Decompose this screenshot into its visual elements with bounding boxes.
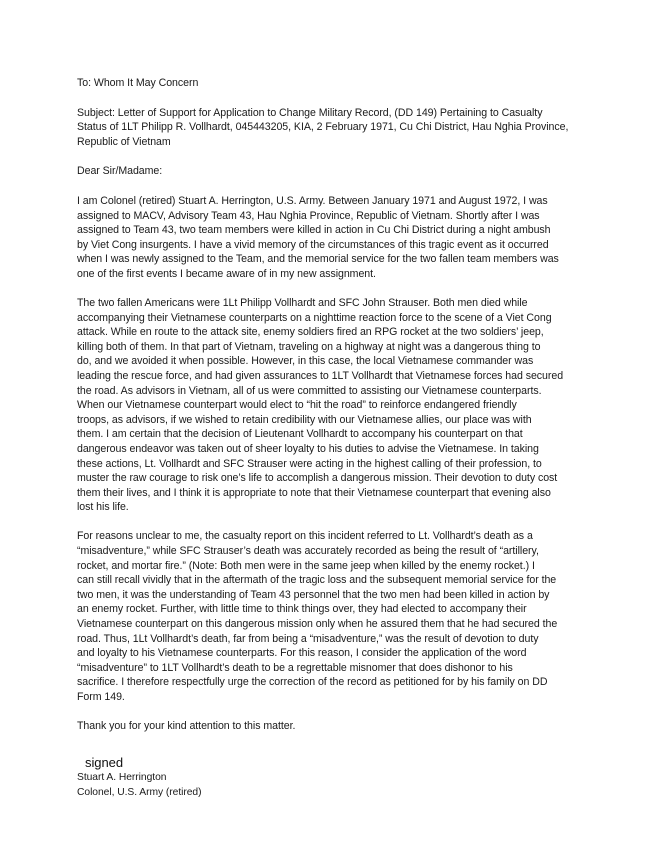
paragraph-line: and loyalty to his Vietnamese counterpar… [77,646,577,661]
paragraph-line: an enemy rocket. Further, with little ti… [77,602,577,617]
paragraph-line: The two fallen Americans were 1Lt Philip… [77,296,577,311]
paragraph-line: accompanying their Vietnamese counterpar… [77,311,577,326]
paragraph-line: attack. While en route to the attack sit… [77,325,577,340]
paragraph-line: leading the rescue force, and had given … [77,369,577,384]
paragraph-line: them their lives, and I think it is appr… [77,486,577,501]
paragraph-line: dangerous endeavor was taken out of shee… [77,442,577,457]
paragraph-line: For reasons unclear to me, the casualty … [77,529,577,544]
signer-title: Colonel, U.S. Army (retired) [77,785,577,800]
subject-line: Subject: Letter of Support for Applicati… [77,106,577,121]
paragraph-line: can still recall vividly that in the aft… [77,573,577,588]
paragraph-line: one of the first events I became aware o… [77,267,577,282]
paragraph-line: when I was newly assigned to the Team, a… [77,252,577,267]
paragraph-line: “misadventure” to 1LT Vollhardt’s death … [77,661,577,676]
subject-line: Republic of Vietnam [77,135,577,150]
paragraph-casualty-report: For reasons unclear to me, the casualty … [77,529,577,704]
paragraph-line: lost his life. [77,500,577,515]
paragraph-line: “misadventure,” while SFC Strauser’s dea… [77,544,577,559]
paragraph-line: rocket, and mortar fire.” (Note: Both me… [77,559,577,574]
signature-block: signed Stuart A. Herrington Colonel, U.S… [77,756,577,800]
paragraph-line: assigned to MACV, Advisory Team 43, Hau … [77,209,577,224]
paragraph-line: two men, it was the understanding of Tea… [77,588,577,603]
paragraph-line: troops, as advisors, if we wished to ret… [77,413,577,428]
letter-page: To: Whom It May Concern Subject: Letter … [77,76,577,800]
paragraph-line: I am Colonel (retired) Stuart A. Herring… [77,194,577,209]
recipient-line: To: Whom It May Concern [77,76,577,91]
paragraph-introduction: I am Colonel (retired) Stuart A. Herring… [77,194,577,282]
paragraph-line: sacrifice. I therefore respectfully urge… [77,675,577,690]
paragraph-incident: The two fallen Americans were 1Lt Philip… [77,296,577,515]
paragraph-line: assigned to Team 43, two team members we… [77,223,577,238]
paragraph-line: by Viet Cong insurgents. I have a vivid … [77,238,577,253]
recipient-text: To: Whom It May Concern [77,76,577,91]
paragraph-line: do, and we avoided it when possible. How… [77,354,577,369]
paragraph-line: Form 149. [77,690,577,705]
paragraph-line: Vietnamese counterpart on this dangerous… [77,617,577,632]
signer-name: Stuart A. Herrington [77,770,577,785]
closing-text: Thank you for your kind attention to thi… [77,719,577,734]
salutation-text: Dear Sir/Madame: [77,164,577,179]
signature-mark: signed [85,756,577,770]
subject-line: Status of 1LT Philipp R. Vollhardt, 0454… [77,120,577,135]
salutation: Dear Sir/Madame: [77,164,577,179]
subject-block: Subject: Letter of Support for Applicati… [77,106,577,150]
closing: Thank you for your kind attention to thi… [77,719,577,734]
paragraph-line: these actions, Lt. Vollhardt and SFC Str… [77,457,577,472]
paragraph-line: When our Vietnamese counterpart would el… [77,398,577,413]
paragraph-line: road. Thus, 1Lt Vollhardt’s death, far f… [77,632,577,647]
paragraph-line: muster the raw courage to risk one’s lif… [77,471,577,486]
paragraph-line: killing both of them. In that part of Vi… [77,340,577,355]
paragraph-line: them. I am certain that the decision of … [77,427,577,442]
paragraph-line: the road. As advisors in Vietnam, all of… [77,384,577,399]
